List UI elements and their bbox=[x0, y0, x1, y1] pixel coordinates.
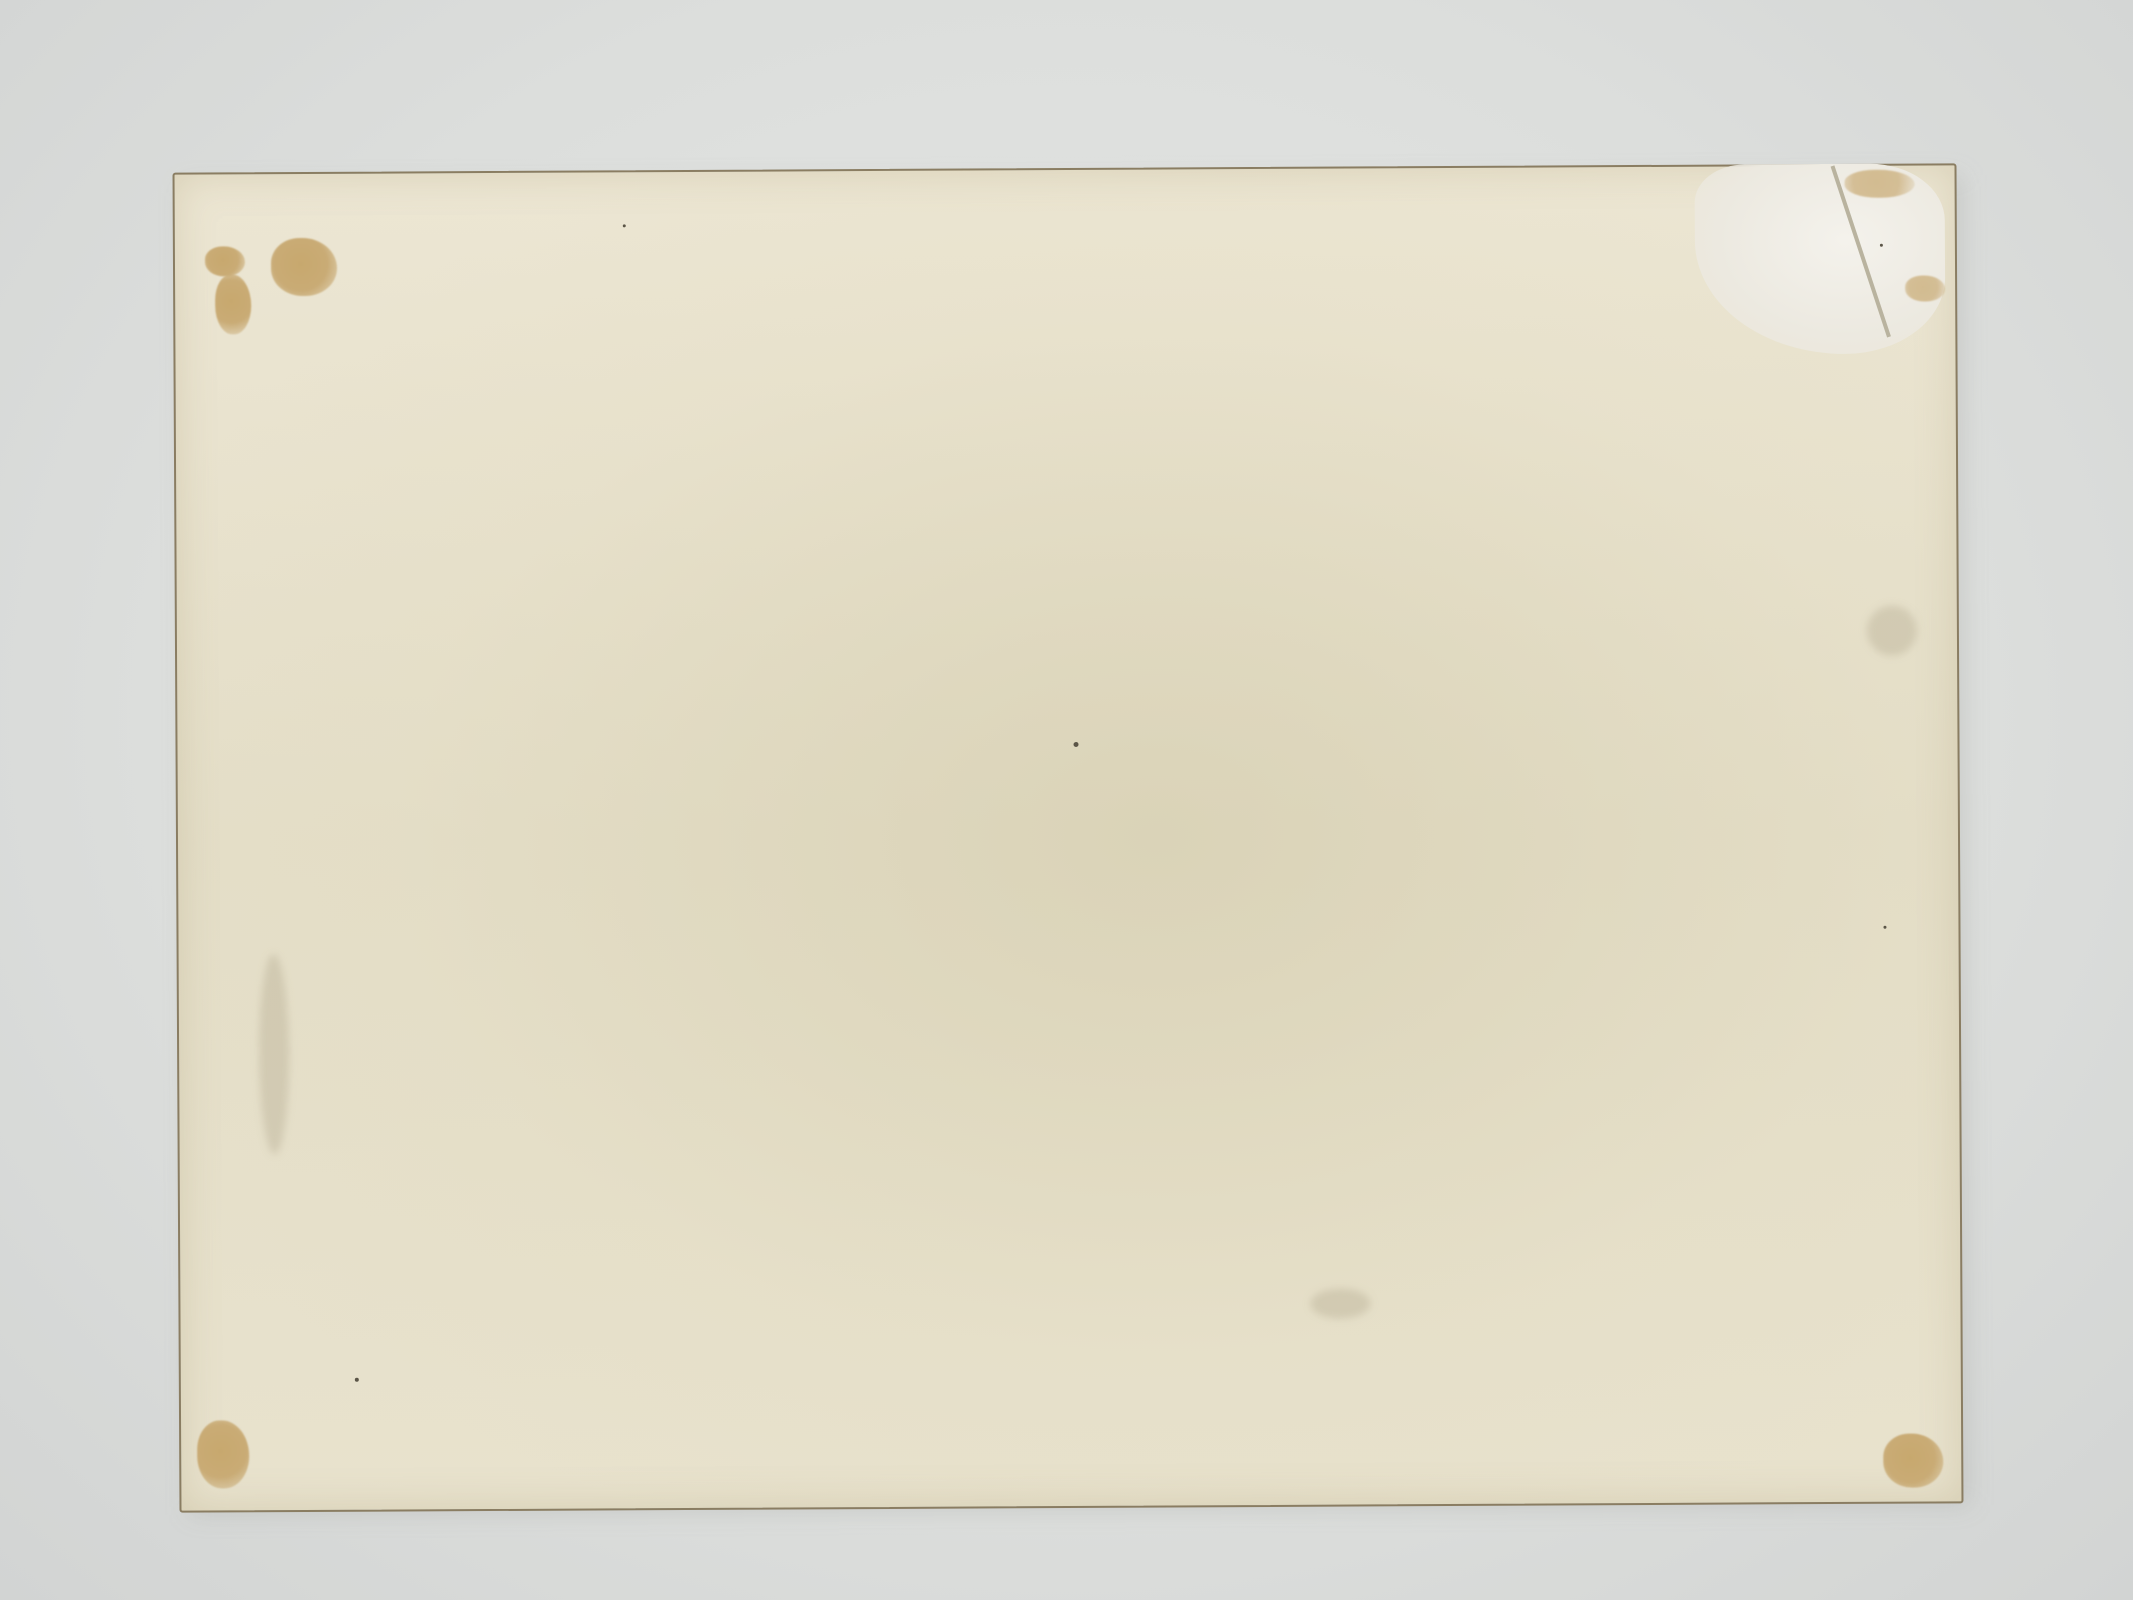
speck-right bbox=[1880, 244, 1883, 247]
stain-top-right bbox=[1845, 170, 1915, 198]
speck-right-2 bbox=[1883, 926, 1886, 929]
photo-scene bbox=[0, 0, 2133, 1600]
stain-top-left-1 bbox=[271, 238, 337, 296]
stain-top-left-2 bbox=[205, 246, 245, 276]
speck-bottom-left bbox=[355, 1378, 359, 1382]
stain-bottom-left bbox=[197, 1420, 249, 1488]
smudge-bottom bbox=[1310, 1288, 1370, 1318]
smudge-left bbox=[259, 954, 290, 1154]
aged-card bbox=[173, 163, 1964, 1512]
smudge-right bbox=[1867, 606, 1917, 656]
stain-bottom-right bbox=[1883, 1433, 1943, 1487]
stain-top-right-2 bbox=[1905, 275, 1945, 301]
stain-top-left-3 bbox=[215, 274, 251, 334]
speck-center bbox=[1073, 742, 1078, 747]
speck-top bbox=[623, 224, 626, 227]
